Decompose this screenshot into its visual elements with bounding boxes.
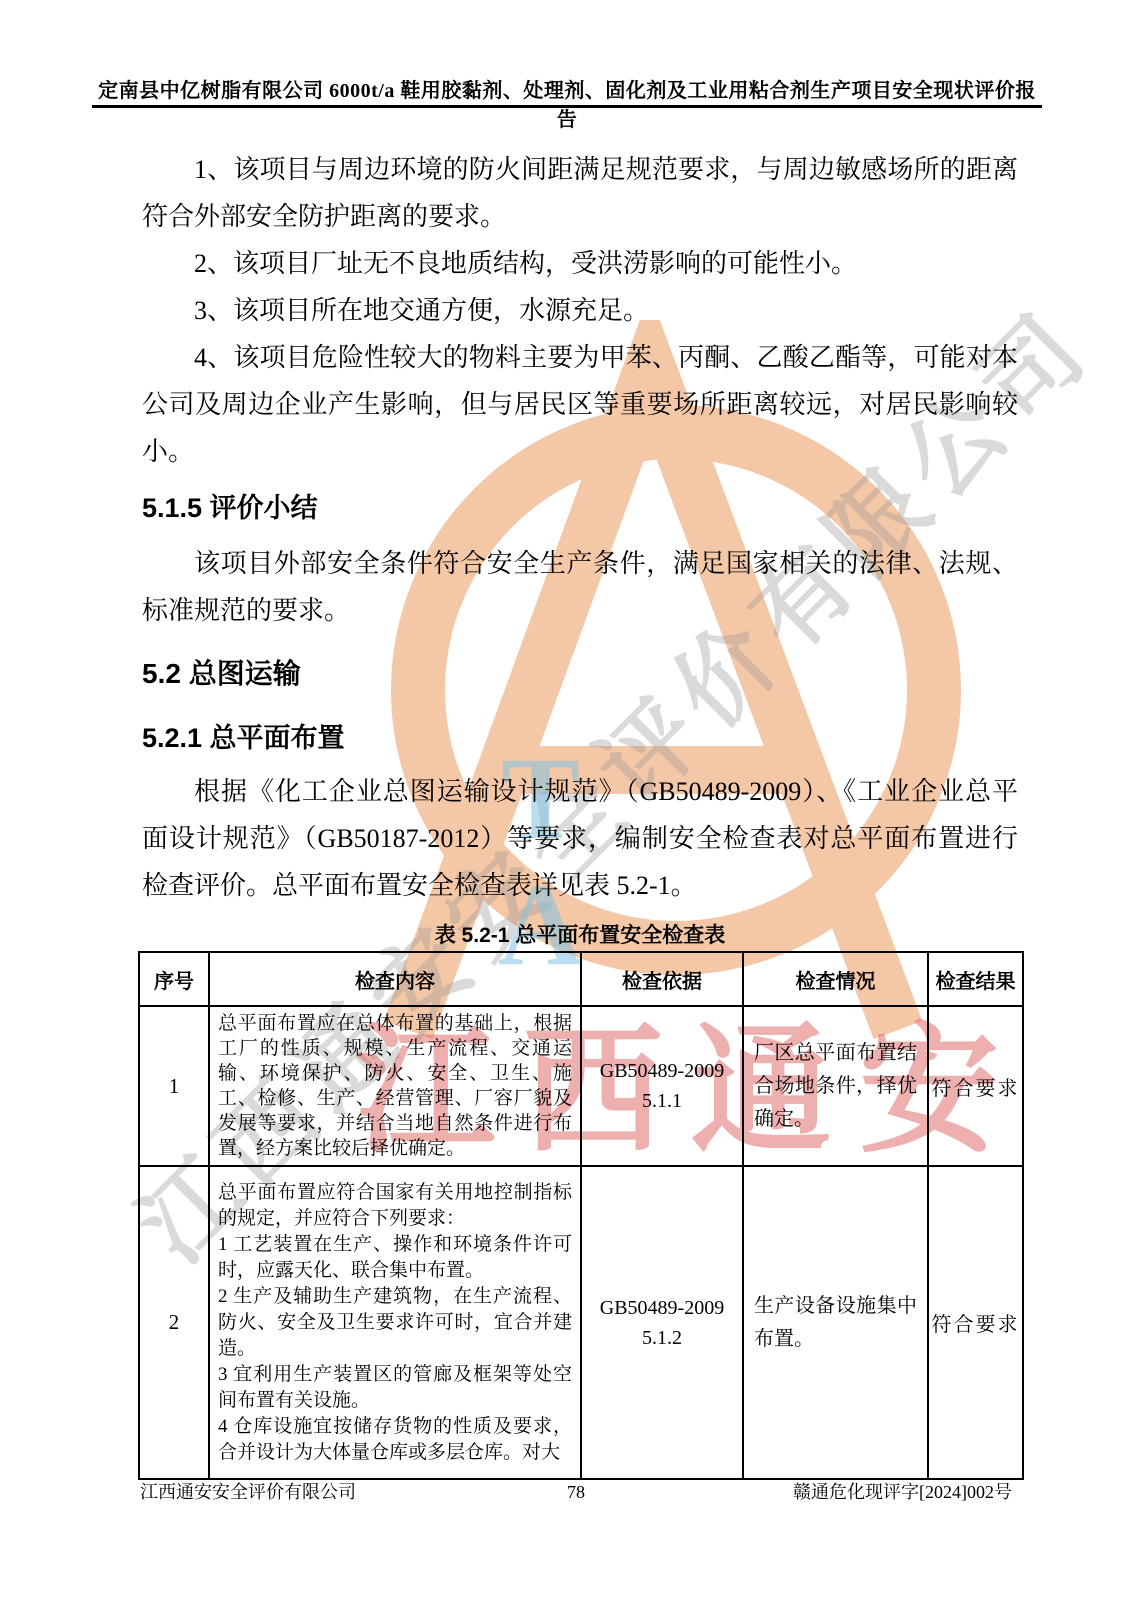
table-header-row: 序号 检查内容 检查依据 检查情况 检查结果 <box>139 952 1023 1006</box>
row1-no-cell: 1 <box>139 1006 209 1166</box>
paragraph-hazardous-materials: 4、该项目危险性较大的物料主要为甲苯、丙酮、乙酸乙酯等，可能对本公司及周边企业产… <box>142 334 1018 475</box>
section-5-2-1-paragraph: 根据《化工企业总图运输设计规范》（GB50489-2009）、《工业企业总平面设… <box>142 768 1018 909</box>
page-content: 定南县中亿树脂有限公司 6000t/a 鞋用胶黏剂、处理剂、固化剂及工业用粘合剂… <box>0 0 1131 1600</box>
paragraph-fire-distance: 1、该项目与周边环境的防火间距满足规范要求，与周边敏感场所的距离符合外部安全防护… <box>142 146 1018 240</box>
document-page: 江西通安安全评价有限公司 江西通安 T A 定南县中亿树脂有限公司 6000t/… <box>0 0 1131 1600</box>
column-header-basis: 检查依据 <box>581 952 743 1006</box>
table-row: 1 总平面布置应在总体布置的基础上，根据工厂的性质、规模、生产流程、交通运输、环… <box>139 1006 1023 1166</box>
row1-content-cell: 总平面布置应在总体布置的基础上，根据工厂的性质、规模、生产流程、交通运输、环境保… <box>209 1006 581 1166</box>
paragraph-traffic-water: 3、该项目所在地交通方便，水源充足。 <box>142 287 1018 334</box>
safety-check-table: 序号 检查内容 检查依据 检查情况 检查结果 1 总平面布置应在总体布置的基础上… <box>138 951 1024 1480</box>
row1-result-cell: 符合要求 <box>928 1006 1023 1166</box>
section-heading-5-2: 5.2 总图运输 <box>142 652 301 692</box>
footer-page-number: 78 <box>567 1482 585 1503</box>
row2-no-cell: 2 <box>139 1166 209 1479</box>
column-header-situation: 检查情况 <box>743 952 928 1006</box>
page-footer: 江西通安安全评价有限公司 78 赣通危化现评字[2024]002号 <box>140 1478 1012 1504</box>
column-header-result: 检查结果 <box>928 952 1023 1006</box>
section-5-1-5-paragraph: 该项目外部安全条件符合安全生产条件，满足国家相关的法律、法规、标准规范的要求。 <box>142 540 1018 634</box>
report-header-title: 定南县中亿树脂有限公司 6000t/a 鞋用胶黏剂、处理剂、固化剂及工业用粘合剂… <box>92 74 1042 132</box>
row2-basis-cell: GB50489-2009 5.1.2 <box>581 1166 743 1479</box>
table-caption: 表 5.2-1 总平面布置安全检查表 <box>138 919 1022 949</box>
row1-basis-cell: GB50489-2009 5.1.1 <box>581 1006 743 1166</box>
row2-result-cell: 符合要求 <box>928 1166 1023 1479</box>
summary-paragraphs: 1、该项目与周边环境的防火间距满足规范要求，与周边敏感场所的距离符合外部安全防护… <box>142 146 1018 475</box>
column-header-no: 序号 <box>139 952 209 1006</box>
header-divider <box>92 105 1042 108</box>
footer-document-number: 赣通危化现评字[2024]002号 <box>585 1478 1012 1504</box>
section-heading-5-1-5: 5.1.5 评价小结 <box>142 486 318 525</box>
footer-company-name: 江西通安安全评价有限公司 <box>140 1478 567 1504</box>
row1-situation-cell: 厂区总平面布置结合场地条件，择优确定。 <box>743 1006 928 1166</box>
row2-content-cell: 总平面布置应符合国家有关用地控制指标的规定，并应符合下列要求： 1 工艺装置在生… <box>209 1166 581 1479</box>
row2-situation-cell: 生产设备设施集中布置。 <box>743 1166 928 1479</box>
section-heading-5-2-1: 5.2.1 总平面布置 <box>142 716 345 755</box>
table-row: 2 总平面布置应符合国家有关用地控制指标的规定，并应符合下列要求： 1 工艺装置… <box>139 1166 1023 1479</box>
column-header-content: 检查内容 <box>209 952 581 1006</box>
paragraph-geology: 2、该项目厂址无不良地质结构，受洪涝影响的可能性小。 <box>142 240 1018 287</box>
